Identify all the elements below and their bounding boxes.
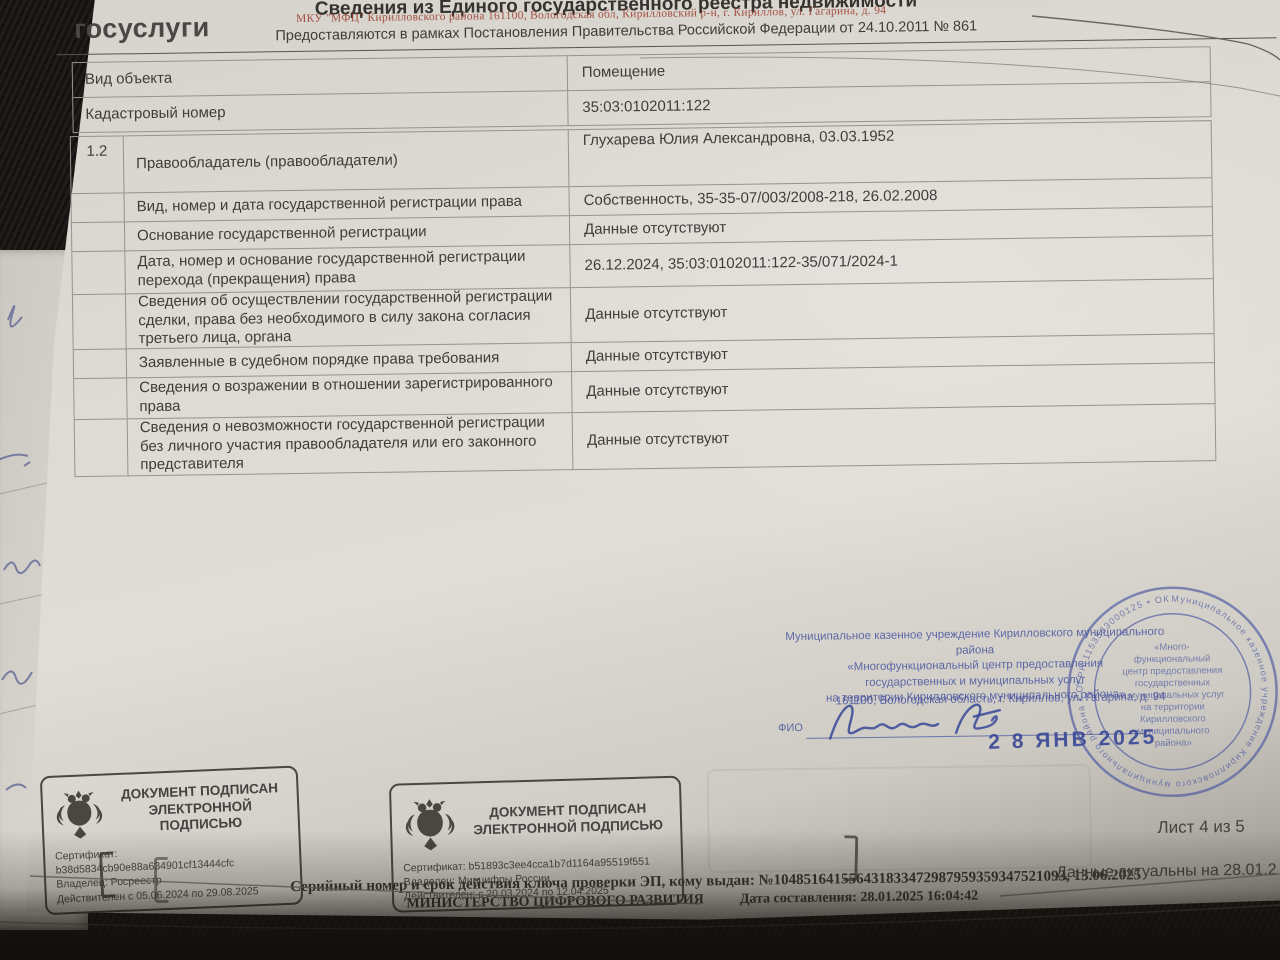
seal-center-line: на территории (1141, 701, 1205, 713)
data-actual-on: Данные актуальны на 28.01.2 (1056, 861, 1277, 882)
seal-center-line: муниципального (1137, 725, 1210, 737)
compiled-date: Дата составления: 28.01.2025 16:04:42 (740, 889, 979, 908)
seal-center-line: государственных (1135, 677, 1211, 689)
section-number: 1.2 (71, 136, 125, 193)
gosuslugi-logo: госуслуги (74, 12, 210, 45)
field-label: Вид объекта (73, 56, 568, 97)
seal-center-line: центр предоставления (1122, 665, 1222, 677)
ministry-name: МИНИСТЕРСТВО ЦИФРОВОГО РАЗВИТИЯ (406, 892, 704, 912)
esignature-title: ДОКУМЕНТ ПОДПИСАН ЭЛЕКТРОННОЙ ПОДПИСЬЮ (112, 780, 288, 838)
coat-of-arms-icon (401, 792, 459, 856)
seal-center-line: функциональный (1134, 653, 1210, 665)
object-table: Вид объекта Помещение Кадастровый номер … (72, 46, 1212, 133)
field-value: 26.12.2024, 35:03:0102011:122-35/071/202… (570, 236, 1213, 287)
seal-center-line: «Много- (1154, 642, 1190, 653)
seal-center-line: Кирилловского (1140, 713, 1206, 725)
field-label: Правообладатель (правообладатели) (124, 130, 570, 192)
coat-of-arms-icon (52, 784, 106, 844)
bleed-through-stamp (707, 764, 1092, 873)
field-label: Сведения о невозможности государственной… (128, 413, 574, 475)
underlying-stamp-bracket (99, 851, 115, 898)
sheet-number: Лист 4 из 5 (1157, 817, 1245, 838)
round-seal-icon: Муниципальное казенное учреждение Кирилл… (1059, 578, 1280, 806)
seal-center-line: района» (1155, 738, 1192, 750)
field-label: Сведения о возражении в отношении зареги… (127, 372, 573, 418)
fio-label: ФИО (778, 722, 803, 734)
esignature-title: ДОКУМЕНТ ПОДПИСАН ЭЛЕКТРОННОЙ ПОДПИСЬЮ (466, 800, 671, 839)
field-value: Данные отсутствуют (573, 404, 1216, 469)
seal-center-line: и муниципальных услуг (1120, 689, 1225, 701)
underlying-stamp-bracket (154, 857, 169, 903)
field-value: Данные отсутствуют (571, 279, 1214, 342)
field-label: Сведения об осуществлении государственно… (126, 288, 572, 348)
rights-table: 1.2 Правообладатель (правообладатели) Гл… (70, 120, 1217, 477)
underlying-stamp-bracket (843, 835, 858, 881)
field-label: Кадастровый номер (73, 91, 568, 132)
field-value: Глухарева Юлия Александровна, 03.03.1952 (569, 121, 1212, 186)
photo-of-document: госуслуги Сведения из Единого государств… (0, 0, 1280, 960)
field-label: Дата, номер и основание государственной … (125, 245, 571, 293)
esignature-stamp-rosreestr: ДОКУМЕНТ ПОДПИСАН ЭЛЕКТРОННОЙ ПОДПИСЬЮ С… (40, 765, 304, 914)
